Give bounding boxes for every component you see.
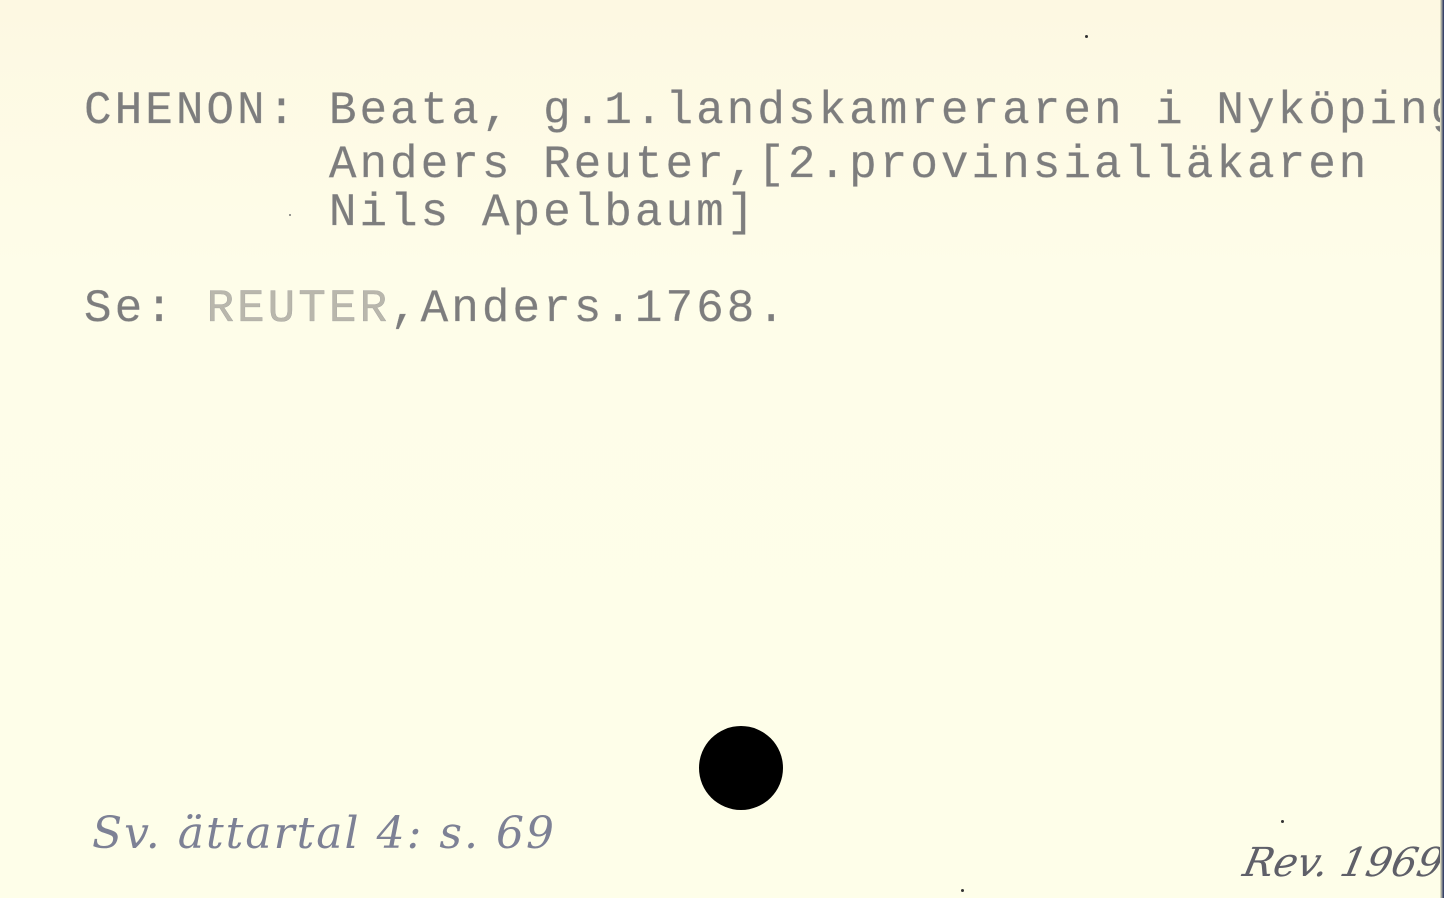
entry-line-3: CHENON: Nils Apelbaum] bbox=[84, 186, 757, 240]
entry-line-1: CHENON: Beata, g.1.landskamreraren i Nyk… bbox=[84, 84, 1444, 138]
revision-note: Rev. 1969 bbox=[1239, 840, 1444, 886]
see-also-reference-surname: REUTER bbox=[206, 283, 390, 335]
entry-text-1: Beata, g.1.landskamreraren i Nyköping bbox=[329, 85, 1444, 137]
speck bbox=[961, 889, 964, 892]
see-also-reference: ,Anders.1768. bbox=[390, 283, 788, 335]
entry-text-3: Nils Apelbaum] bbox=[329, 187, 757, 239]
see-also-line: Se: REUTER,Anders.1768. bbox=[84, 282, 788, 336]
speck bbox=[289, 214, 291, 216]
speck bbox=[1281, 820, 1284, 823]
entry-line-2: CHENON: Anders Reuter,[2.provinsialläkar… bbox=[84, 138, 1369, 192]
punch-hole bbox=[699, 726, 783, 810]
handwritten-note: Sv. ättartal 4: s. 69 bbox=[92, 808, 556, 859]
see-also-label: Se: bbox=[84, 283, 176, 335]
entry-surname: CHENON: bbox=[84, 85, 298, 137]
speck bbox=[1085, 35, 1088, 38]
entry-text-2: Anders Reuter,[2.provinsialläkaren bbox=[329, 139, 1370, 191]
index-card: CHENON: Beata, g.1.landskamreraren i Nyk… bbox=[0, 0, 1444, 898]
